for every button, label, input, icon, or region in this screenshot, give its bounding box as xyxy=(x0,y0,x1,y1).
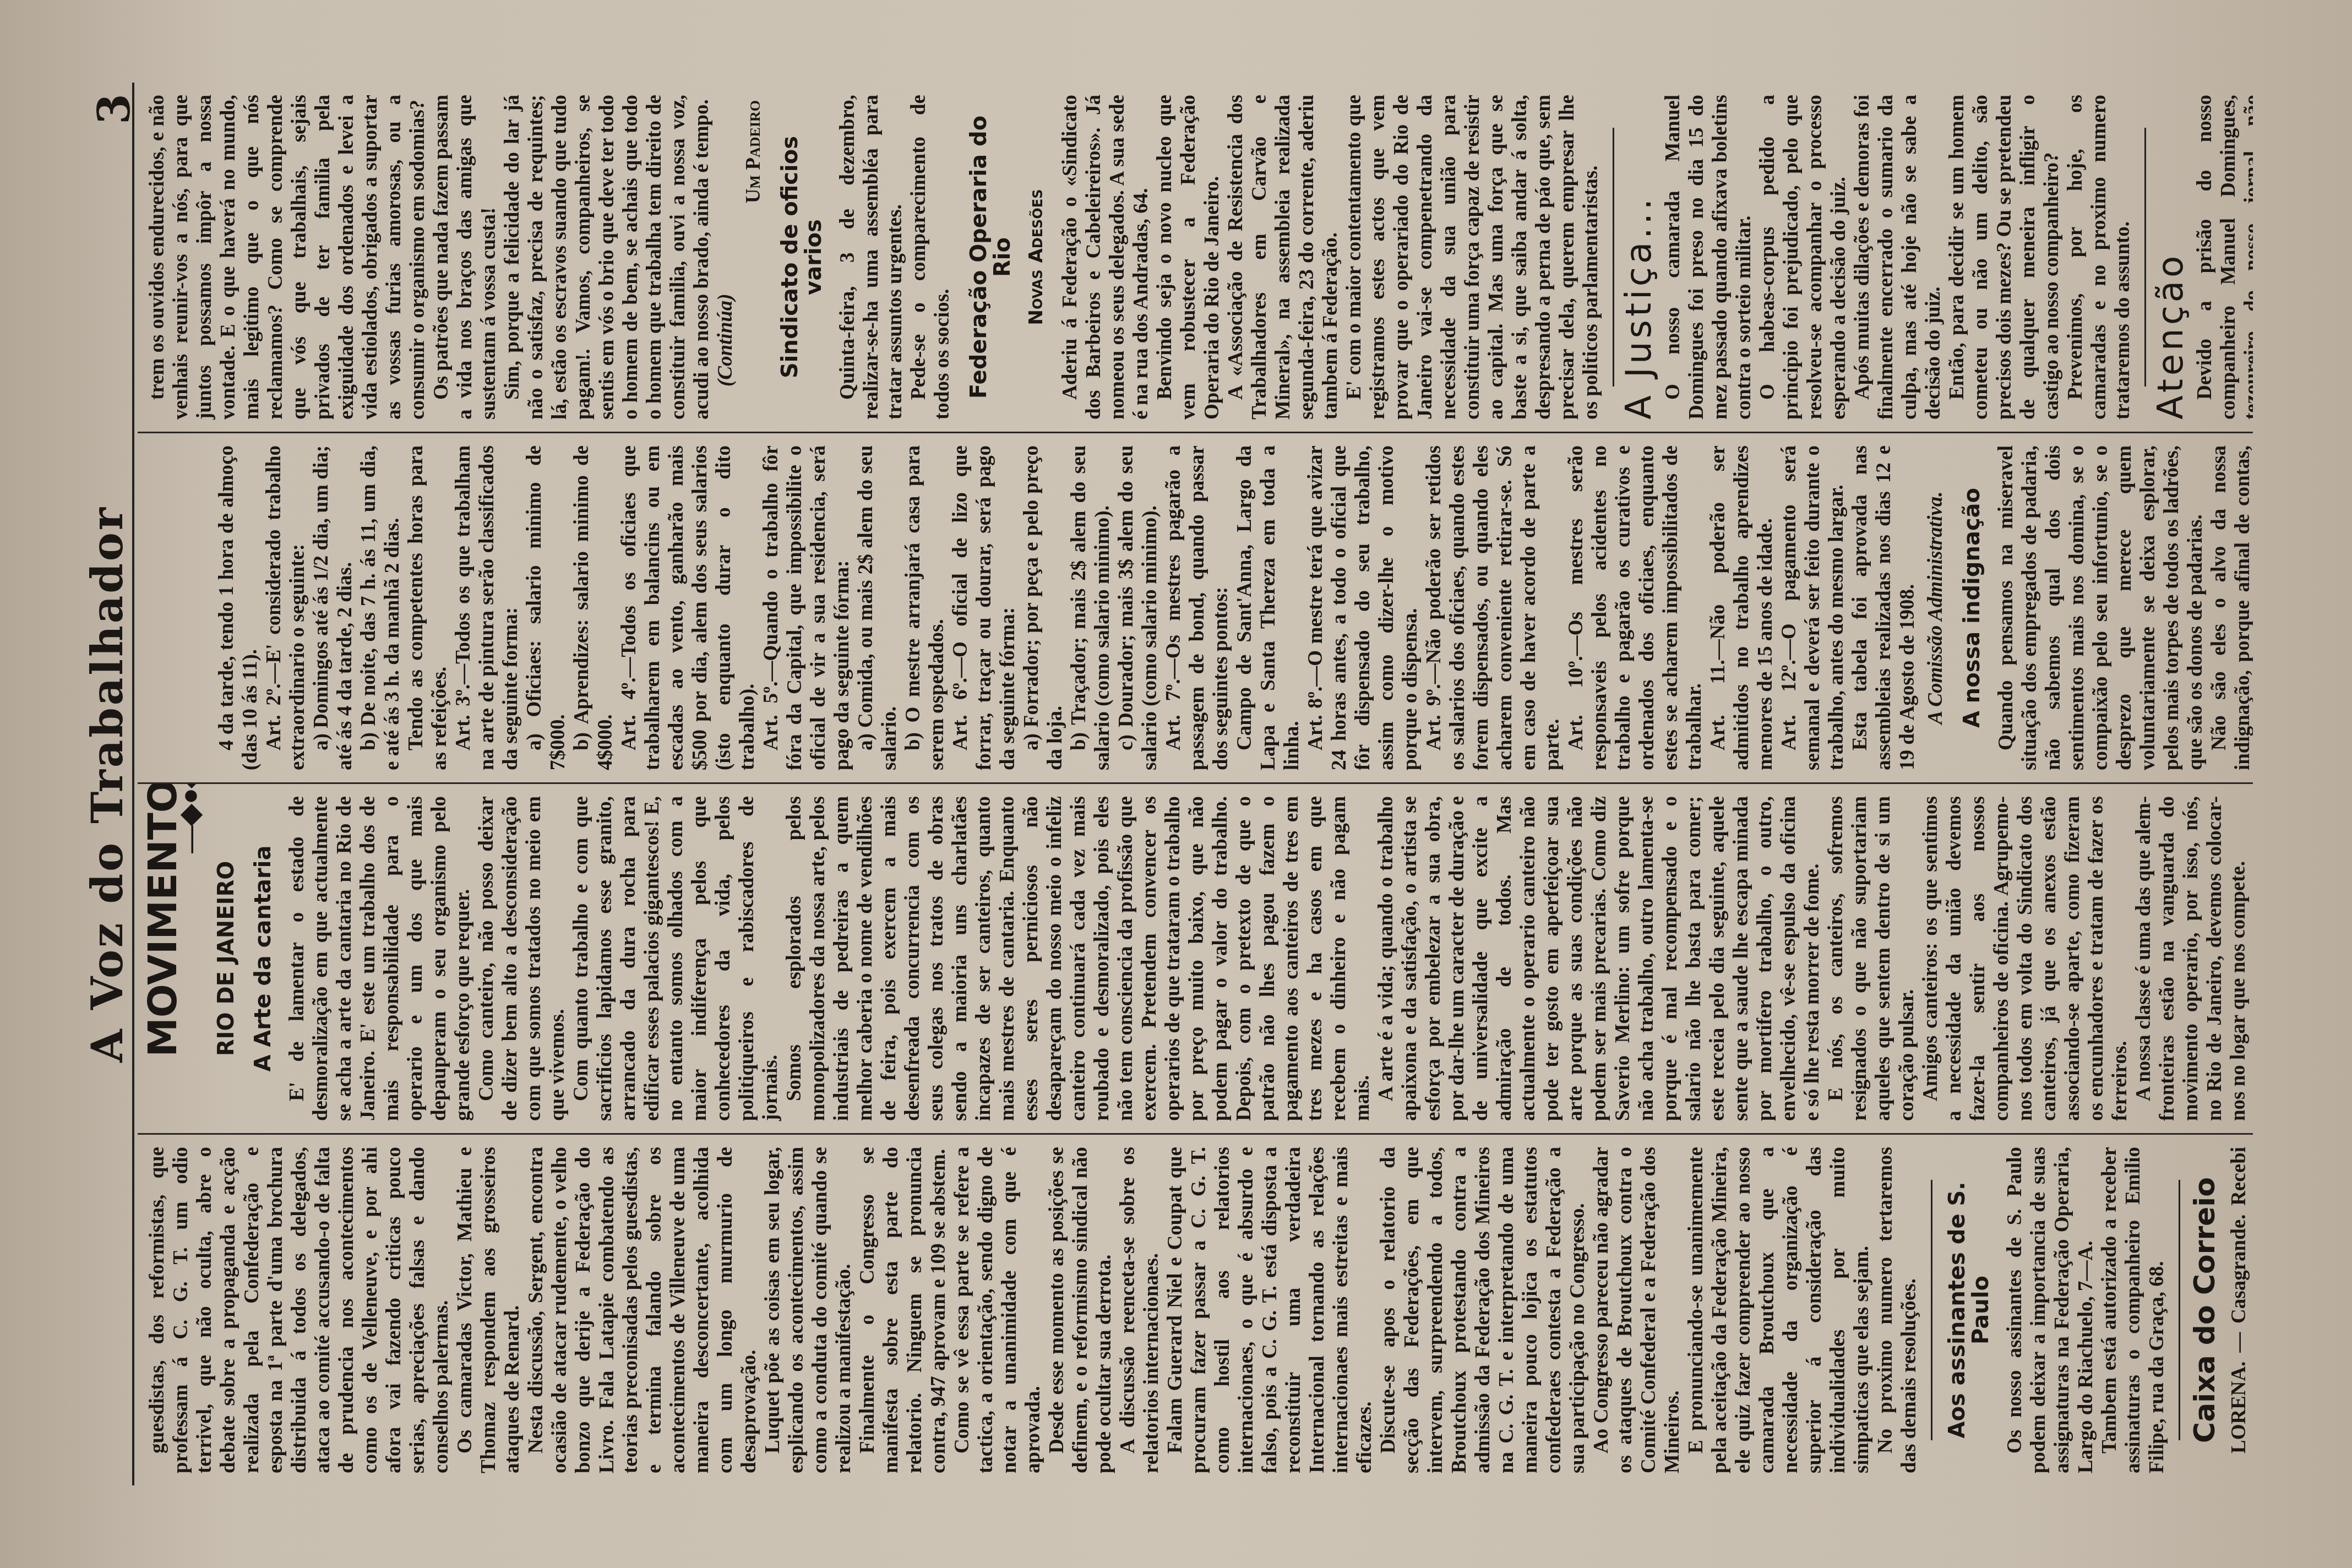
divider xyxy=(2144,128,2146,386)
paragraph: Art. 11.—Não poderão ser admitidos no tr… xyxy=(1706,445,1777,770)
section-heading-caixa-do-correio: Caixa do Correio xyxy=(2193,1147,2217,1473)
paragraph: Tendo as competentes horas para as refei… xyxy=(404,445,451,770)
paragraph: b) De noite, das 7 h. ás 11, um dia, e a… xyxy=(357,445,404,770)
paragraph: Os camaradas Victor, Mathieu e Thomaz re… xyxy=(453,1147,524,1473)
paragraph: Quando pensamos na miseravel situação do… xyxy=(1994,445,2207,770)
paragraph: a) Comida, ou mais 2$ alem do seu salari… xyxy=(854,445,901,770)
newspaper-title: A Voz do Trabalhador xyxy=(83,505,133,1063)
paragraph: Art. 5º.—Quando o trabalho fôr fóra da C… xyxy=(759,445,854,770)
paragraph: Art. 3º.—Todos os que trabalham na arte … xyxy=(451,445,522,770)
paragraph: Unamo-nos, pois, na nossa sociedade, por… xyxy=(2250,796,2253,1121)
paragraph: trem os ouvidos endurecidos, e não venha… xyxy=(145,95,429,420)
paragraph: No proximo numero tertaremos das demais … xyxy=(1874,1147,1921,1473)
paragraph: Desde esse momento as posições se define… xyxy=(1045,1147,1116,1473)
signature: Um Padeiro xyxy=(742,100,765,420)
paragraph: A «Associação de Resistencia dos Trabalh… xyxy=(1224,95,1342,420)
paragraph: Pede-se o comparecimento de todos os soc… xyxy=(907,95,954,420)
paragraph: Ao Congresso pareceu não agradar os ataq… xyxy=(1589,1147,1684,1473)
subheading-novas-adesoes: Novas Adesões xyxy=(1025,95,1048,420)
paragraph: Art. 4º.—Todos os oficiaes que trabalhar… xyxy=(617,445,759,770)
paragraph: Após muitas dilações e demoras foi final… xyxy=(1850,95,1945,420)
section-heading-arte-cantaria: A Arte da cantaria xyxy=(252,796,275,1121)
masthead: A Voz do Trabalhador 3 xyxy=(83,83,134,1485)
paragraph: Como canteiro, não posso deixar de dizer… xyxy=(475,796,569,1121)
paragraph: Finalmente o Congresso se manifesta sobr… xyxy=(856,1147,950,1473)
paragraph: a) Domingos até ás 1/2 dia, um dia; até … xyxy=(309,445,357,770)
paragraph: Como se vê essa parte se refere a tactic… xyxy=(950,1147,1045,1473)
section-heading-indignacao: A nossa indignação xyxy=(1961,445,1984,770)
paragraph: Esta tabela foi aprovada nas assembleias… xyxy=(1848,445,1919,770)
paragraph: Art. 12º.—O pagamento será semanal e dev… xyxy=(1777,445,1848,770)
column-2: MOVIMENTO OPERARIO —◆●◆— RIO DE JANEIRO … xyxy=(138,784,2253,1135)
paragraph: Então, para decidir se um homem cometeu … xyxy=(1945,95,2064,420)
paragraph: Art. 9º.—Não poderão ser retidos os sala… xyxy=(1422,445,1564,770)
newspaper-page: A Voz do Trabalhador 3 guesdistas, dos r… xyxy=(0,0,2352,1568)
mail-entry: LORENA. — Casagrande. Recebi 52$ por ass… xyxy=(2227,1147,2253,1473)
paragraph: Prevenimos, por hoje, os camaradas e no … xyxy=(2064,95,2135,420)
paragraph: A nossa classe é uma das que alem-fronte… xyxy=(2132,796,2250,1121)
column-grid: guesdistas, dos reformistas, que profess… xyxy=(138,83,2253,1485)
paragraph: b) Traçador; mais 2$ alem do seu salario… xyxy=(1067,445,1114,770)
signature: A Comissão Administrativa. xyxy=(1924,445,1947,770)
paragraph: Art. 8º.—O mestre terá que avizar 24 hor… xyxy=(1304,445,1422,770)
paragraph: b) Aprendizes: salario minimo de 4$000. xyxy=(570,445,617,770)
paragraph: A arte é a vida; quando o trabalho apaix… xyxy=(1374,796,1824,1121)
section-heading-sao-paulo: Aos assinantes de S. Paulo xyxy=(1946,1147,1993,1473)
paragraph: Falam Guerard Niel e Coupat que procuram… xyxy=(1163,1147,1376,1473)
paragraph: Os patrões que nada fazem passam a vida … xyxy=(429,95,500,420)
divider xyxy=(1613,128,1614,386)
paragraph: Somos esplorados pelos monopolizadores d… xyxy=(782,796,1374,1121)
section-heading-oficios: Sindicato de oficios varios xyxy=(778,95,826,420)
paragraph: Não são eles o alvo da nossa indignação,… xyxy=(2207,445,2253,770)
section-heading-federacao: Federação Operaria do Rio xyxy=(967,95,1015,420)
section-heading-justica: A Justiça... xyxy=(1627,95,1651,420)
divider xyxy=(2179,1180,2180,1440)
paragraph: guesdistas, dos reformistas, que profess… xyxy=(145,1147,453,1473)
banner-headline: MOVIMENTO OPERARIO xyxy=(151,784,175,1121)
paragraph: Benvindo seja o novo nucleo que vem robu… xyxy=(1153,95,1224,420)
paragraph: Tambem está autorizado a receber assinat… xyxy=(2098,1147,2169,1473)
paragraph: O nosso camarada Manuel Domingues foi pr… xyxy=(1661,95,1756,420)
paragraph: 4 da tarde, tendo 1 hora de almoço (das … xyxy=(215,445,262,770)
dateline: RIO DE JANEIRO xyxy=(215,796,238,1121)
paragraph: Sim, porque a felicidade do lar já não o… xyxy=(500,95,714,420)
paragraph: Luquet põe as coisas em seu logar, espli… xyxy=(761,1147,856,1473)
page-number: 3 xyxy=(88,94,140,124)
paragraph: a) Forrador; por peça e pelo preço da lo… xyxy=(1020,445,1067,770)
section-heading-atencao: Atenção xyxy=(2159,95,2183,420)
paragraph: Art. 10º.—Os mestres serão responsaveis … xyxy=(1564,445,1706,770)
paragraph: Art. 6º.—O oficial de lizo que forrar, t… xyxy=(949,445,1020,770)
paragraph: Discute-se apos o relatorio da secção da… xyxy=(1376,1147,1589,1473)
continua-note: (Continúa) xyxy=(714,95,737,386)
paragraph: Aderiu á Federação o «Sindicato dos Barb… xyxy=(1058,95,1153,420)
paragraph: Com quanto trabalho e com que sacrificio… xyxy=(569,796,782,1121)
paragraph: E nós, os canteiros, sofremos resignados… xyxy=(1824,796,1919,1121)
paragraph: Campo de Sant'Anna, Largo da Lapa e Sant… xyxy=(1233,445,1304,770)
divider xyxy=(1931,1180,1932,1440)
scanned-newspaper-photo: A Voz do Trabalhador 3 guesdistas, dos r… xyxy=(0,0,2352,1568)
paragraph: A discussão reenceta-se sobre os relator… xyxy=(1116,1147,1163,1473)
paragraph: a) Oficiaes: salario minimo de 7$000. xyxy=(522,445,570,770)
column-1: guesdistas, dos reformistas, que profess… xyxy=(138,1135,2253,1485)
paragraph: Quinta-feira, 3 de dezembro, realizar-se… xyxy=(836,95,907,420)
paragraph: E pronunciando-se unanimemente pela acei… xyxy=(1684,1147,1874,1473)
paragraph: Art. 2º.—E' considerado trabalho extraor… xyxy=(262,445,309,770)
paragraph: Os nosso assinantes de S. Paulo podem de… xyxy=(2003,1147,2098,1473)
paragraph: O habeas-corpus pedido a principio foi p… xyxy=(1756,95,1850,420)
paragraph: b) O mestre arranjará casa para serem os… xyxy=(901,445,949,770)
column-3: 4 da tarde, tendo 1 hora de almoço (das … xyxy=(138,433,2253,784)
column-4: trem os ouvidos endurecidos, e não venha… xyxy=(138,83,2253,433)
paragraph: E' com o maior contentamento que registr… xyxy=(1342,95,1603,420)
paragraph: Nesta discussão, Sergent, encontra ocasi… xyxy=(524,1147,761,1473)
paragraph: c) Dourador; mais 3$ alem do seu salario… xyxy=(1114,445,1162,770)
paragraph: E' de lamentar o estado de desmoralizaçã… xyxy=(285,796,475,1121)
paragraph: Devido a prisão do nosso companheiro Man… xyxy=(2193,95,2253,420)
paragraph: Amigos canteiros: os que sentimos a nece… xyxy=(1919,796,2132,1121)
paragraph: Art. 7º.—Os mestres pagarão a passagem d… xyxy=(1162,445,1233,770)
